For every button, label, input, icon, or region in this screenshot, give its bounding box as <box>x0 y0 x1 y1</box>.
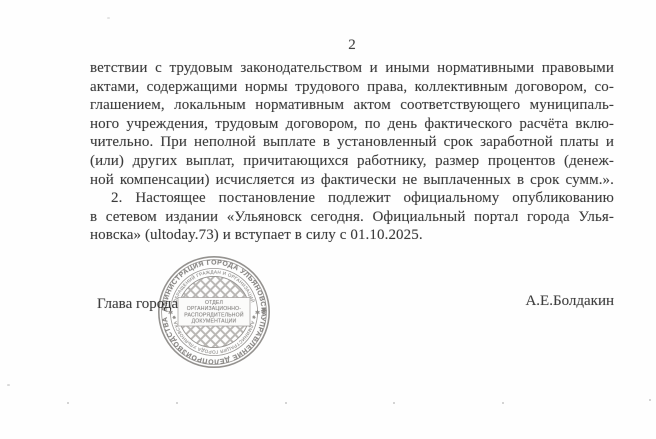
text-line: новска» (ultoday.73) и вступает в силу с… <box>90 226 614 245</box>
signature-name: А.Е.Болдакин <box>525 293 614 310</box>
text-line: чительно. При неполной выплате в установ… <box>90 133 614 152</box>
stamp-star-left-icon: ✱ <box>168 310 173 317</box>
stamp-star-right-icon: ✱ <box>255 310 260 317</box>
scan-artifact-dot <box>502 402 504 404</box>
stamp-center-line: ОРГАНИЗАЦИОННО- <box>187 306 241 312</box>
official-round-stamp: АДМИНИСТРАЦИЯ ГОРОДА УЛЬЯНОВСКА ✱ УПРАВЛ… <box>156 254 272 370</box>
text-line: глашением, локальным нормативным актом с… <box>90 96 614 115</box>
scan-artifact-dot <box>176 402 178 404</box>
text-line: 2. Настоящее постановление подлежит офиц… <box>90 189 614 208</box>
scan-artifact <box>7 384 10 386</box>
stamp-center-line: ДОКУМЕНТАЦИИ <box>192 319 237 325</box>
page-number: 2 <box>90 37 614 54</box>
scan-artifact-dot <box>67 402 69 404</box>
text-line: в сетевом издании «Ульяновск сегодня. Оф… <box>90 208 614 227</box>
stamp-center-line: РАСПОРЯДИТЕЛЬНОЙ <box>184 310 244 318</box>
stamp-center-line: ОТДЕЛ <box>205 300 223 306</box>
scan-artifact-dot <box>649 399 651 401</box>
text-line: актами, содержащими нормы трудового прав… <box>90 78 614 97</box>
document-page: 2 ветствии с трудовым законодательством … <box>0 0 656 439</box>
body-text: ветствии с трудовым законодательством и … <box>90 59 614 245</box>
text-line: ной компенсации) исчисляется из фактичес… <box>90 171 614 190</box>
text-line: (или) других выплат, причитающихся работ… <box>90 152 614 171</box>
scan-artifact-dot <box>285 402 287 404</box>
text-line: ветствии с трудовым законодательством и … <box>90 59 614 78</box>
text-line: ного учреждения, трудовым договором, по … <box>90 115 614 134</box>
scan-artifact <box>107 17 110 19</box>
scan-artifact-dot <box>393 402 395 404</box>
